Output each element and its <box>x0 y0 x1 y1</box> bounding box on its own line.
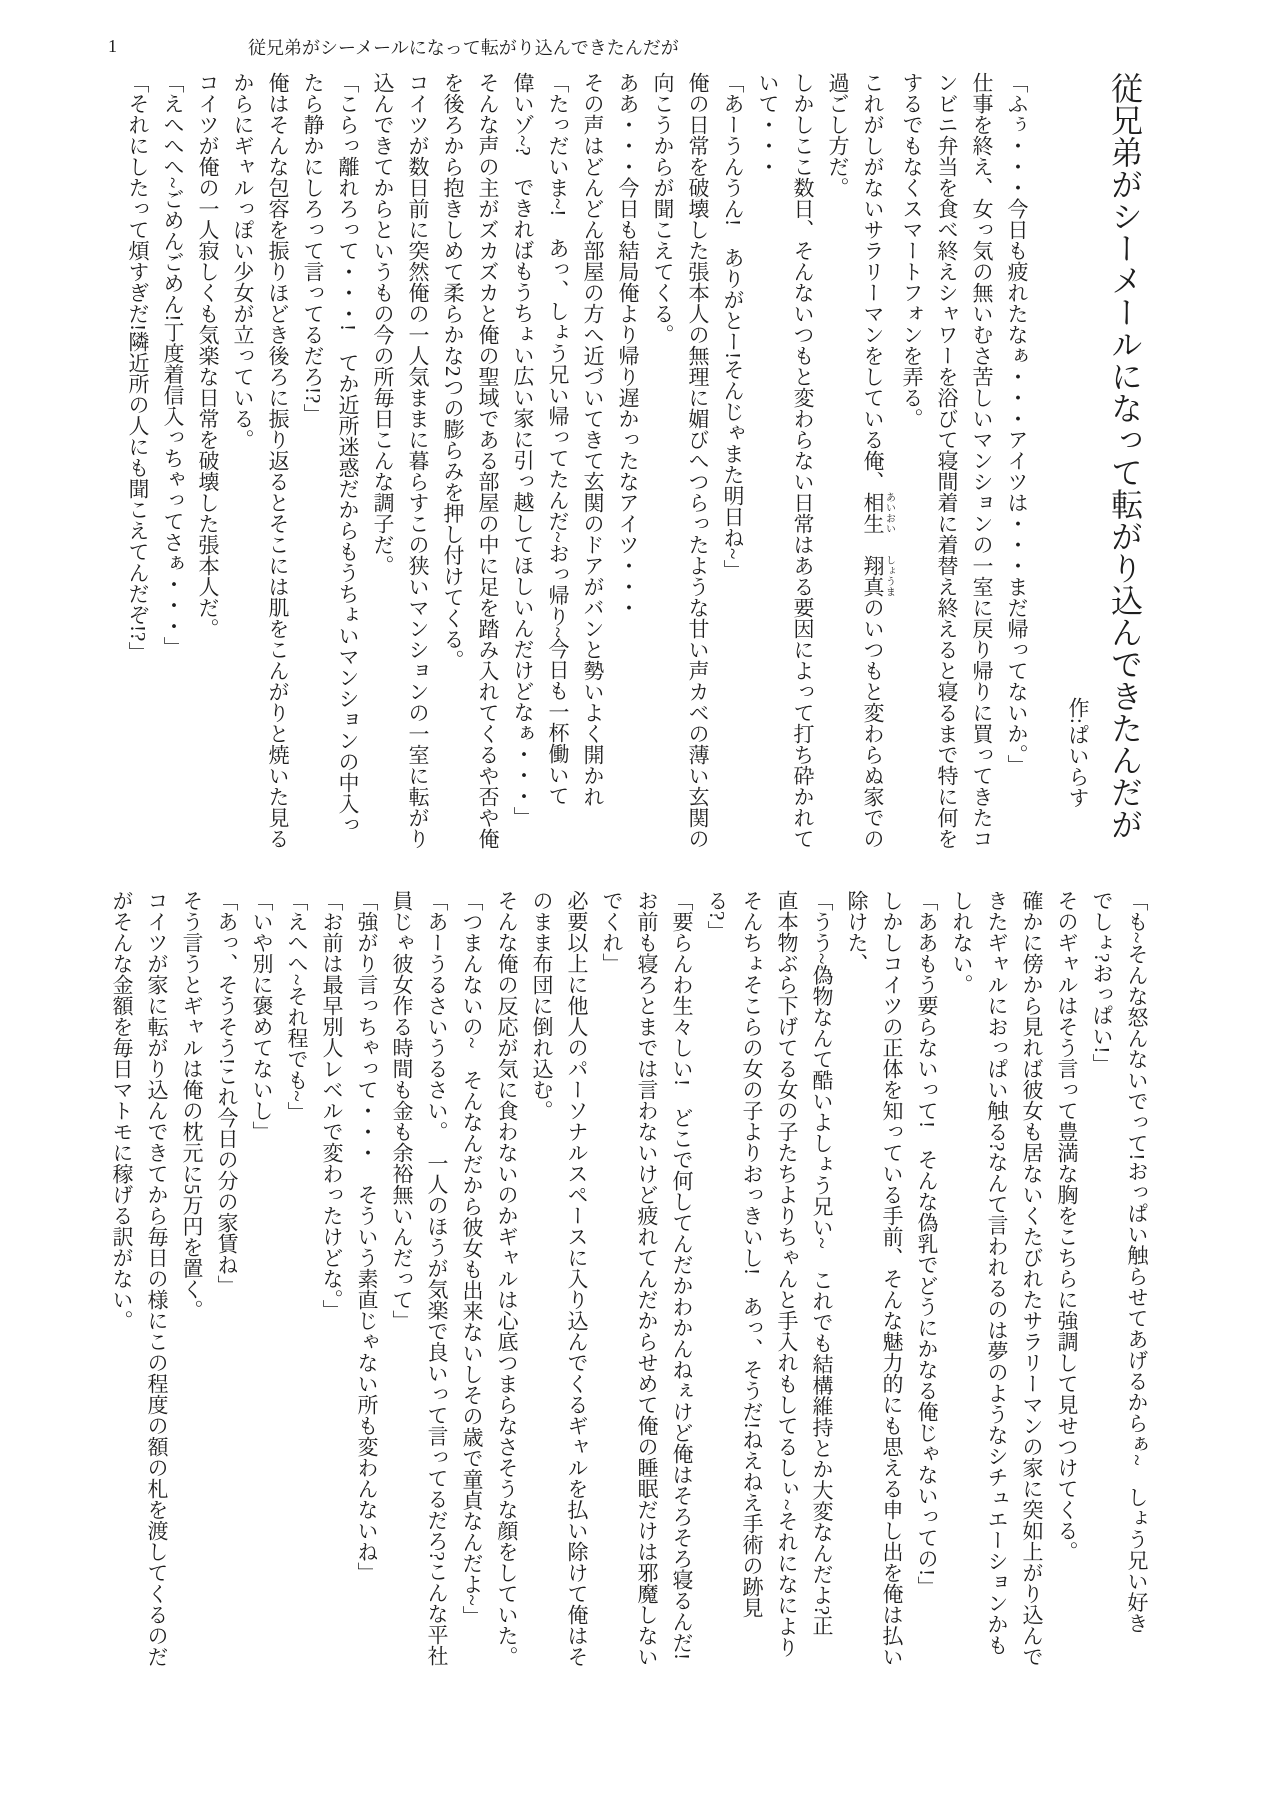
text-line: 「えへへへ~ごめんごめん!丁度着信入っちゃってさぁ・・・」 <box>155 72 190 872</box>
text-line: そんな声の主がズカズカと俺の聖域である部屋の中に足を踏み入れてくるや否や俺 <box>470 72 505 872</box>
text-line: 「あーうんうん! ありがとー!そんじゃまた明日ね~」 <box>715 72 750 872</box>
text-line: 俺はそんな包容を振りほどき後ろに振り返るとそこには肌をこんがりと焼いた見る <box>260 72 295 872</box>
text-line: 「お前は最早別人レベルで変わったけどな。」 <box>314 890 349 1690</box>
text-line: しかしコイツの正体を知っている手前、そんな魅力的にも思える申し出を俺は払い <box>874 890 909 1690</box>
text-line: 「うう~偽物なんて酷いよしょう兄い~ これでも結構維持とか大変なんだよ?正 <box>804 890 839 1690</box>
ruby-annotated-name: 翔真しょうま <box>861 555 885 597</box>
text-line: 直本物ぶら下げてる女の子たちよりちゃんと手入れもしてるしぃ~それになにより <box>769 890 804 1690</box>
text-line: そんな俺の反応が気に食わないのかギャルは心底つまらなさそうな顔をしていた。 <box>489 890 524 1690</box>
text-line: お前も寝ろとまでは言わないけど疲れてんだからせめて俺の睡眠だけは邪魔しない <box>629 890 664 1690</box>
text-line: これがしがないサラリーマンをしている俺、相生あいおい 翔真しょうまのいつもと変わ… <box>855 72 894 872</box>
text-line: するでもなくスマートフォンを弄る。 <box>894 72 929 872</box>
text-line: コイツが俺の一人寂しくも気楽な日常を破壊した張本人だ。 <box>190 72 225 872</box>
text-line: 「あーうるさいうるさい。 一人のほうが気楽で良いって言ってるだろ?こんな平社 <box>419 890 454 1690</box>
text-line: 「えへへ~それ程でも~」 <box>279 890 314 1690</box>
page-number: 1 <box>108 36 117 57</box>
text-line: 「強がり言っちゃって・・・ そういう素直じゃない所も変わんないね」 <box>349 890 384 1690</box>
text-line: たら静かにしろって言ってるだろ!?」 <box>295 72 330 872</box>
text-line: 仕事を終え、女っ気の無いむさ苦しいマンションの一室に戻り帰りに買ってきたコ <box>964 72 999 872</box>
running-title: 従兄弟がシーメールになって転がり込んできたんだが <box>248 34 679 60</box>
ruby-annotated-name: 相生あいおい <box>861 492 885 534</box>
text-line: 「つまんないの~ そんなんだから彼女も出来ないしその歳で童貞なんだよ~」 <box>454 890 489 1690</box>
text-line: 必要以上に他人のパーソナルスペースに入り込んでくるギャルを払い除けて俺はそ <box>559 890 594 1690</box>
text-line: 「それにしたって煩すぎだ!隣近所の人にも聞こえてんだぞ!?」 <box>120 72 155 872</box>
text-line: がそんな金額を毎日マトモに稼げる訳がない。 <box>104 890 139 1690</box>
text-line: を後ろから抱きしめて柔らかな2つの膨らみを押し付けてくる。 <box>435 72 470 872</box>
page-header: 1 従兄弟がシーメールになって転がり込んできたんだが <box>0 34 1280 62</box>
text-line: ああ・・・今日も結局俺より帰り遅かったなアイツ・・・ <box>610 72 645 872</box>
text-line: そんちょそこらの女の子よりおっきいし! あっ、そうだ!ねえねえ手術の跡見 <box>734 890 769 1690</box>
text-line: そう言うとギャルは俺の枕元に5万円を置く。 <box>174 890 209 1690</box>
text-line: る?」 <box>699 890 734 1690</box>
text-line: 「あっ、そうそう!これ今日の分の家賃ね」 <box>209 890 244 1690</box>
text-band-lower: 「も~そんな怒んないでって!おっぱい触らせてあげるからぁ~ しょう兄い好きでしょ… <box>104 890 1154 1690</box>
text-line: 「たっだいま~! あっ、しょう兄い帰ってたんだ~おっ帰り~今日も一杯働いて <box>540 72 575 872</box>
text-line: でくれ」 <box>594 890 629 1690</box>
text-line: からにギャルっぽい少女が立っている。 <box>225 72 260 872</box>
text-line: 「ふぅ・・・今日も疲れたなぁ・・・アイツは・・・まだ帰ってないか。」 <box>999 72 1034 872</box>
text-line: のまま布団に倒れ込む。 <box>524 890 559 1690</box>
text-line: 過ごし方だ。 <box>820 72 855 872</box>
text-line: 「要らんわ生々しい! どこで何してんだかわかんねぇけど俺はそろそろ寝るんだ! <box>664 890 699 1690</box>
text-line: 員じゃ彼女作る時間も金も余裕無いんだって」 <box>384 890 419 1690</box>
text-band-upper: 従兄弟がシーメールになって転がり込んできたんだが作:ぱいらす「ふぅ・・・今日も疲… <box>120 72 1154 872</box>
text-line: しかしここ数日、そんないつもと変わらない日常はある要因によって打ち砕かれて <box>785 72 820 872</box>
story-author: 作:ぱいらす <box>1060 72 1096 872</box>
text-line: ンビニ弁当を食べ終えシャワーを浴びて寝間着に着替え終えると寝るまで特に何を <box>929 72 964 872</box>
text-line: 向こうからが聞こえてくる。 <box>645 72 680 872</box>
text-line: 確かに傍から見れば彼女も居ないくたびれたサラリーマンの家に突如上がり込んで <box>1014 890 1049 1690</box>
text-line: 「ああもう要らないって! そんな偽乳でどうにかなる俺じゃないっての!」 <box>909 890 944 1690</box>
text-line: 「も~そんな怒んないでって!おっぱい触らせてあげるからぁ~ しょう兄い好き <box>1119 890 1154 1690</box>
text-line: 「いや別に褒めてないし」 <box>244 890 279 1690</box>
story-title: 従兄弟がシーメールになって転がり込んできたんだが <box>1096 72 1154 872</box>
text-line: でしょ?おっぱい!」 <box>1084 890 1119 1690</box>
text-line: コイツが家に転がり込んできてから毎日の様にこの程度の額の札を渡してくるのだ <box>139 890 174 1690</box>
text-line: 偉いゾ~? できればもうちょい広い家に引っ越してほしいんだけどなぁ・・・」 <box>505 72 540 872</box>
text-line: 「こらっ離れろって・・・! てか近所迷惑だからもうちょいマンションの中入っ <box>330 72 365 872</box>
text-line: いて・・・ <box>750 72 785 872</box>
text-line: 俺の日常を破壊した張本人の無理に媚びへつらったような甘い声カベの薄い玄関の <box>680 72 715 872</box>
text-line: そのギャルはそう言って豊満な胸をこちらに強調して見せつけてくる。 <box>1049 890 1084 1690</box>
text-line: しれない。 <box>944 890 979 1690</box>
text-line: きたギャルにおっぱい触る?なんて言われるのは夢のようなシチュエーションかも <box>979 890 1014 1690</box>
text-line: その声はどんどん部屋の方へ近づいてきて玄関のドアがバンと勢いよく開かれ <box>575 72 610 872</box>
text-line: コイツが数日前に突然俺の一人気ままに暮らすこの狭いマンションの一室に転がり <box>400 72 435 872</box>
text-line: 込んできてからというもの今の所毎日こんな調子だ。 <box>365 72 400 872</box>
text-line: 除けた、 <box>839 890 874 1690</box>
